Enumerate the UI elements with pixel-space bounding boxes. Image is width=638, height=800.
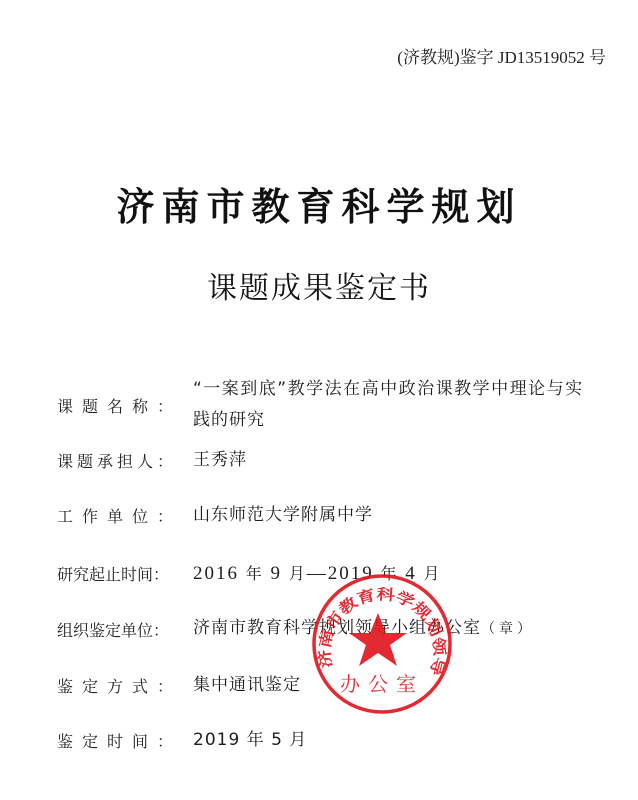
field-value-appraisal-date: 2019 年 5 月 xyxy=(193,725,307,756)
field-value-researcher: 王秀萍 xyxy=(193,445,247,476)
topic-name-line-2: 践的研究 xyxy=(193,405,584,436)
field-value-work-unit: 山东师范大学附属中学 xyxy=(193,500,373,531)
year-char: 年 xyxy=(381,564,399,583)
field-value-topic-name: “一案到底”教学法在高中政治课教学中理论与实 践的研究 xyxy=(193,374,584,436)
document-title: 济南市教育科学规划 xyxy=(0,176,638,231)
field-label-appraisal-method: 鉴定方式： xyxy=(57,674,193,697)
field-value-appraisal-method: 集中通讯鉴定 xyxy=(193,670,301,701)
document-number: (济教规)鉴字 JD13519052 号 xyxy=(397,43,606,68)
start-month: 9 xyxy=(271,563,283,584)
start-year: 2016 xyxy=(193,563,239,584)
field-label-research-period: 研究起止时间： xyxy=(57,562,193,585)
month-char: 月 xyxy=(424,564,442,583)
topic-name-line-1: “一案到底”教学法在高中政治课教学中理论与实 xyxy=(193,374,584,405)
field-label-topic-name: 课题名称： xyxy=(57,394,193,417)
field-label-researcher: 课题承担人： xyxy=(57,449,193,472)
end-year: —2019 xyxy=(307,563,374,584)
field-row-appraisal-org: 组织鉴定单位： 济南市教育科学规划领导小组办公室（章） xyxy=(57,613,617,645)
document-subtitle: 课题成果鉴定书 xyxy=(0,263,638,307)
field-row-topic-name: 课题名称： “一案到底”教学法在高中政治课教学中理论与实 践的研究 xyxy=(57,374,617,436)
field-label-appraisal-org: 组织鉴定单位： xyxy=(57,618,193,641)
field-value-research-period: 2016 年 9 月—2019 年 4 月 xyxy=(193,558,442,589)
field-label-work-unit: 工作单位： xyxy=(57,504,193,527)
field-row-research-period: 研究起止时间： 2016 年 9 月—2019 年 4 月 xyxy=(57,558,617,589)
seal-note: （章） xyxy=(481,621,535,637)
field-value-appraisal-org: 济南市教育科学规划领导小组办公室（章） xyxy=(193,613,535,645)
field-row-researcher: 课题承担人： 王秀萍 xyxy=(57,445,617,476)
field-row-appraisal-date: 鉴定时间： 2019 年 5 月 xyxy=(57,725,617,756)
year-char: 年 xyxy=(246,564,264,583)
end-month: 4 xyxy=(405,563,417,584)
field-label-appraisal-date: 鉴定时间： xyxy=(57,729,193,752)
month-char: 月 xyxy=(289,564,307,583)
appraisal-org-name: 济南市教育科学规划领导小组办公室 xyxy=(193,618,481,638)
field-row-work-unit: 工作单位： 山东师范大学附属中学 xyxy=(57,500,617,531)
field-row-appraisal-method: 鉴定方式： 集中通讯鉴定 xyxy=(57,670,617,701)
